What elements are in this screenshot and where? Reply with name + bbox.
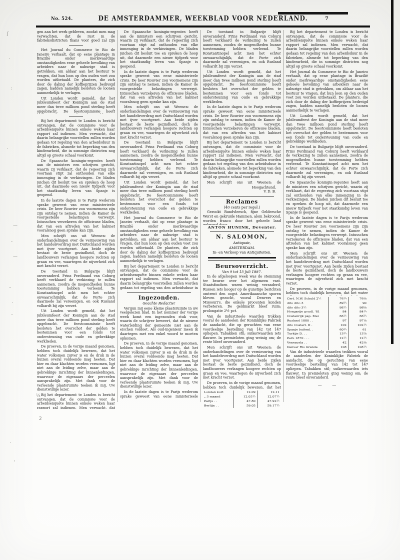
body-paragraph: Het Journal du Commerce te Rio de Janeir… (37, 48, 115, 95)
advertiser-name: ANTON HUNINK, Deventer. (203, 226, 281, 230)
body-paragraph: Men schrijft ons uit Weenen: de onderhan… (37, 234, 115, 268)
body-paragraph: De Spaansche koningin-regentes heeft aan… (37, 159, 115, 198)
text-block: De toestand in Bulgarije blijft onverand… (203, 30, 281, 185)
text-block: gen aan het werk gebleven, zoodat men ma… (37, 30, 115, 43)
pencil-mark: – (9, 286, 11, 291)
beurs-dateline: Van 9 tot 15 Juli 1887. (203, 270, 281, 274)
body-paragraph: Men schrijft ons uit Weenen: de onderhan… (120, 105, 198, 139)
text-block: Het Journal du Commerce te Rio de Janeir… (37, 48, 115, 114)
salomon-ad-city: AMSTERDAM. (203, 246, 281, 250)
body-paragraph: De toestand in Bulgarije blijft onverand… (286, 145, 368, 179)
body-paragraph: De proeven, in de vorige maand genomen, … (286, 287, 368, 296)
body-paragraph: Het Journal du Commerce te Rio de Janeir… (286, 70, 368, 113)
text-block: Bij het departement te Londen is bericht… (286, 30, 368, 296)
body-paragraph: gen aan het werk gebleven, zoodat men ma… (37, 30, 115, 43)
column-4: Bij het departement te Londen is bericht… (286, 30, 368, 387)
pencil-mark: — (13, 255, 18, 260)
body-paragraph: In de afgeloopen week was de stemming te… (203, 275, 281, 314)
salomon-ad-tagline: In- en Verkoop van Antiquiteiten. (203, 251, 281, 255)
pencil-mark: — (13, 224, 18, 229)
text-block: De Spaansche koningin-regentes heeft aan… (120, 30, 198, 290)
body-paragraph: De toestand in Bulgarije blijft onverand… (120, 141, 198, 180)
body-paragraph: Uit Londen wordt gemeld, dat het jubileu… (120, 180, 198, 214)
body-paragraph: Van de industrieele waarden trokken voor… (203, 314, 281, 344)
pencil-mark: ʃ (7, 32, 9, 37)
body-paragraph: Bij het departement te Londen is bericht… (120, 264, 198, 290)
body-paragraph: In de laatste dagen is te Parijs wederom… (120, 390, 198, 398)
divider-rule (208, 257, 276, 260)
body-paragraph: Bij het departement te Londen is bericht… (37, 393, 115, 409)
pencil-mark: ¼ (36, 394, 40, 399)
body-paragraph: In de laatste dagen is te Parijs wederom… (120, 70, 198, 104)
divider-rule (127, 292, 191, 293)
page-number: 7 (325, 16, 328, 22)
scan-edge-line (391, 0, 394, 344)
body-paragraph: De proeven, in de vorige maand genomen, … (203, 381, 281, 390)
body-paragraph: De Spaansche koningin-regentes heeft aan… (286, 180, 368, 214)
body-paragraph: Men schrijft ons uit Weenen: de onderhan… (203, 346, 281, 380)
column-rule-3 (284, 30, 285, 402)
body-paragraph: Het Journal du Commerce te Rio de Janeir… (120, 216, 198, 263)
exchange-rate-table: Londen kort12.0912.11„ 3 maand12.05½12.0… (203, 391, 281, 409)
body-paragraph: De proeven, in de vorige maand genomen, … (120, 342, 198, 389)
ingezonden-salutation: Geachte Redactie! (120, 302, 198, 306)
masthead-rule (36, 26, 370, 28)
pencil-mark: · (9, 57, 10, 62)
text-block: Vergun mij eene kleine plaatsruimte in u… (120, 306, 198, 398)
pencil-mark: : (11, 87, 13, 92)
masthead-title: DE AMSTERDAMMER, WEEKBLAD VOOR NEDERLAND… (36, 15, 370, 22)
signature-line: V. D. B. (203, 190, 276, 194)
text-block: Bij het departement te Londen is bericht… (37, 119, 115, 409)
salomon-ad-name: N. SALOMON, (203, 234, 281, 241)
column-rule-2 (201, 30, 202, 402)
table-cell: 59.05 (233, 404, 257, 408)
column-3: De toestand in Bulgarije blijft onverand… (203, 30, 281, 408)
salomon-ad-trade: Antiquair, (203, 241, 281, 245)
body-paragraph: In de laatste dagen is te Parijs wederom… (37, 199, 115, 233)
pencil-mark: · (12, 301, 13, 306)
paragraph-divider (69, 116, 83, 117)
text-block: Gerookt Rundvleesch, fijne Geldersche Wo… (203, 210, 281, 225)
pencil-mark: · (10, 441, 11, 446)
signature: Hoogachtend,V. D. B. (203, 186, 281, 194)
pencil-mark: , (14, 458, 15, 463)
end-dashes: — — (286, 382, 368, 387)
body-paragraph: De Spaansche koningin-regentes heeft aan… (120, 30, 198, 69)
stock-quotes-table: Cert. N.W. Schuld 2½76¼76⅜dito dito 389¾… (286, 297, 368, 350)
paper-background: No. 524. DE AMSTERDAMMER, WEEKBLAD VOOR … (0, 0, 400, 560)
body-paragraph: Men schrijft ons uit Weenen: de onderhan… (286, 251, 368, 285)
column-1: gen aan het werk gebleven, zoodat men ma… (37, 30, 115, 409)
column-2: De Spaansche koningin-regentes heeft aan… (120, 30, 198, 398)
text-block: Van de industrieele waarden trokken voor… (286, 350, 368, 380)
body-paragraph: Uit Londen wordt gemeld, dat het jubileu… (37, 96, 115, 114)
beurs-heading: Beursoverzicht. (203, 263, 281, 270)
pencil-mark: - (11, 240, 13, 245)
body-paragraph: Men schrijft ons uit Weenen: de onderhan… (203, 180, 281, 185)
body-paragraph: Uit Londen wordt gemeld, dat het jubileu… (286, 114, 368, 144)
body-paragraph: De proeven, in de vorige maand genomen, … (37, 345, 115, 392)
ingezonden-heading: Ingezonden. (120, 295, 198, 302)
body-paragraph: Bij het departement te Londen is bericht… (286, 30, 368, 69)
body-paragraph: In de laatste dagen is te Parijs wederom… (203, 105, 281, 139)
body-paragraph: Uit Londen wordt gemeld, dat het jubileu… (37, 309, 115, 343)
body-paragraph: Bij het departement te Londen is bericht… (203, 141, 281, 180)
table-row: Berlijn . .59.0559.17½ (203, 404, 281, 408)
divider-rule (210, 196, 274, 197)
divider-rule (210, 232, 274, 233)
pencil-mark: · (7, 147, 8, 152)
scanned-newspaper-page: No. 524. DE AMSTERDAMMER, WEEKBLAD VOOR … (0, 0, 400, 560)
body-paragraph: Van de industrieele waarden trokken voor… (286, 350, 368, 380)
body-paragraph: Bij het departement te Londen is bericht… (37, 119, 115, 158)
reclames-heading: Reclames (203, 198, 281, 205)
table-cell: Berlijn . . (203, 404, 233, 408)
body-paragraph: In de laatste dagen is te Parijs wederom… (286, 216, 368, 250)
pencil-mark: ¨ (11, 315, 13, 320)
body-paragraph: Gerookt Rundvleesch, fijne Geldersche Wo… (203, 210, 281, 225)
body-paragraph: Uit Londen wordt gemeld, dat het jubileu… (203, 70, 281, 104)
body-paragraph: De toestand in Bulgarije blijft onverand… (203, 30, 281, 69)
reclames-tariff: (40 cents per regel.) (203, 205, 281, 209)
paragraph-divider (69, 45, 83, 46)
body-paragraph: Vergun mij eene kleine plaatsruimte in u… (120, 306, 198, 340)
body-paragraph: De toestand in Bulgarije blijft onverand… (37, 269, 115, 308)
pencil-mark: 2 (39, 417, 42, 422)
column-rule-1 (118, 30, 119, 402)
table-cell: 59.17½ (257, 404, 281, 408)
text-block: In de afgeloopen week was de stemming te… (203, 275, 281, 390)
